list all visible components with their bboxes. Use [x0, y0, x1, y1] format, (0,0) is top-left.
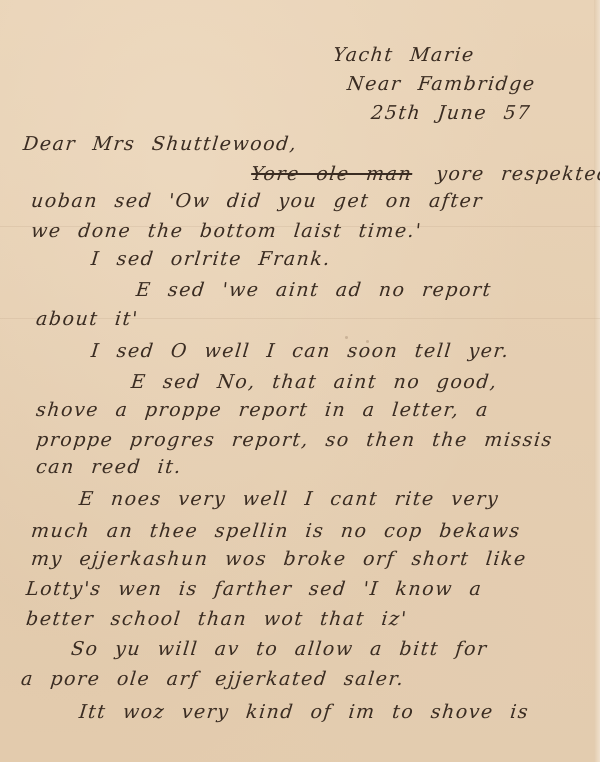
body-line: E sed No, that aint no good, — [130, 371, 499, 393]
body-line: uoban sed 'Ow did you get on after — [30, 190, 484, 212]
paper-spot — [345, 336, 348, 339]
body-line: much an thee spellin is no cop bekaws — [30, 520, 522, 542]
body-line: E sed 'we aint ad no report — [135, 279, 493, 301]
body-line: my ejjerkashun wos broke orf short like — [30, 548, 528, 570]
body-line: a pore ole arf ejjerkated saler. — [20, 668, 406, 690]
body-line: E noes very well I cant rite very — [78, 488, 500, 510]
salutation: Dear Mrs Shuttlewood, — [22, 133, 298, 155]
body-line: I sed O well I can soon tell yer. — [90, 340, 511, 362]
body-line: better school than wot that iz' — [25, 608, 409, 630]
body-line: proppe progres report, so then the missi… — [35, 429, 554, 451]
body-text: yore respekted — [435, 163, 600, 185]
paper-edge — [594, 0, 600, 762]
body-line: Lotty's wen is farther sed 'I know a — [25, 578, 484, 600]
struck-text: Yore ole man — [250, 163, 413, 185]
letter-date: 25th June 57 — [370, 102, 532, 124]
body-line: Itt woz very kind of im to shove is — [78, 701, 530, 723]
body-line: So yu will av to allow a bitt for — [70, 638, 489, 660]
body-line: shove a proppe report in a letter, a — [35, 399, 490, 421]
body-line: I sed orlrite Frank. — [90, 248, 332, 270]
body-line: about it' — [35, 308, 140, 330]
body-line: we done the bottom laist time.' — [30, 220, 423, 242]
address-line-1: Yacht Marie — [332, 44, 476, 66]
address-line-2: Near Fambridge — [346, 73, 537, 95]
letter-page: Yacht Marie Near Fambridge 25th June 57 … — [0, 0, 600, 762]
body-line: can reed it. — [35, 456, 183, 478]
body-line: Yore ole manyore respekted — [250, 163, 600, 185]
